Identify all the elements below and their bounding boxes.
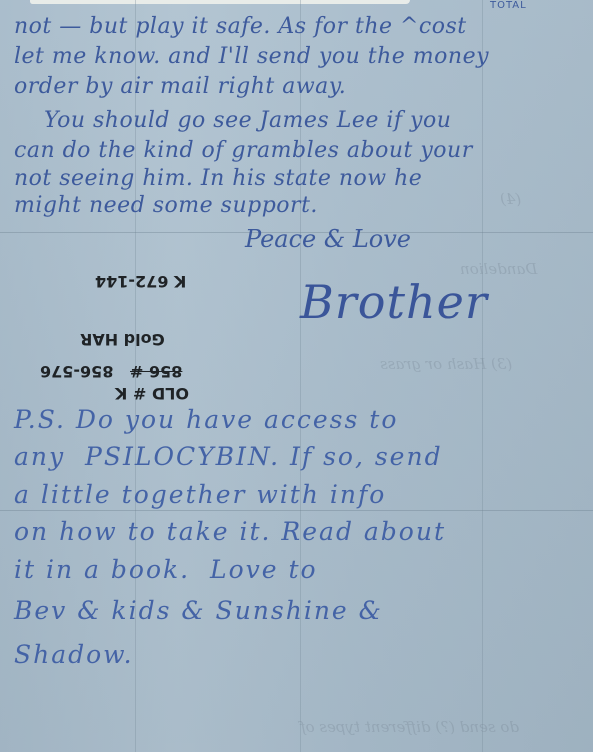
pencil-note: 856-576	[40, 362, 113, 381]
fold-line	[0, 510, 593, 511]
postscript-line: it in a book. Love to	[14, 555, 318, 584]
bleed-through-text: (4)	[500, 190, 521, 208]
signature: Brother	[300, 275, 488, 329]
letter-line: not seeing him. In his state now he	[14, 166, 422, 191]
pencil-note-struck: 856 #	[130, 362, 182, 381]
postscript-line: a little together with info	[14, 480, 386, 509]
fold-line	[482, 0, 483, 752]
pencil-note: OLD # K	[115, 384, 189, 403]
postscript-line: on how to take it. Read about	[14, 517, 446, 546]
bleed-through-text: (3) Hash or grass	[380, 355, 512, 373]
letter-line: let me know. and I'll send you the money	[14, 44, 489, 69]
pencil-note: K 672-144	[95, 272, 186, 291]
letter-line: might need some support.	[14, 193, 318, 218]
pencil-note: Gold HAR	[80, 330, 165, 349]
torn-top-edge	[30, 0, 410, 4]
insertion-note: TOTAL	[490, 0, 527, 11]
letter-paper: (4) Dandelion (3) Hash or grass do send …	[0, 0, 593, 752]
bleed-through-text: do send (?) different types of	[300, 718, 519, 736]
postscript-line: Shadow.	[14, 640, 134, 669]
postscript-line: P.S. Do you have access to	[14, 405, 398, 434]
postscript-line: any PSILOCYBIN. If so, send	[14, 442, 443, 471]
postscript-line: Bev & kids & Sunshine &	[14, 596, 383, 625]
closing: Peace & Love	[245, 225, 411, 253]
letter-line: can do the kind of grambles about your	[14, 138, 473, 163]
letter-line: not — but play it safe. As for the ^cost	[14, 14, 467, 39]
letter-line: order by air mail right away.	[14, 74, 346, 99]
letter-line: You should go see James Lee if you	[14, 108, 451, 133]
